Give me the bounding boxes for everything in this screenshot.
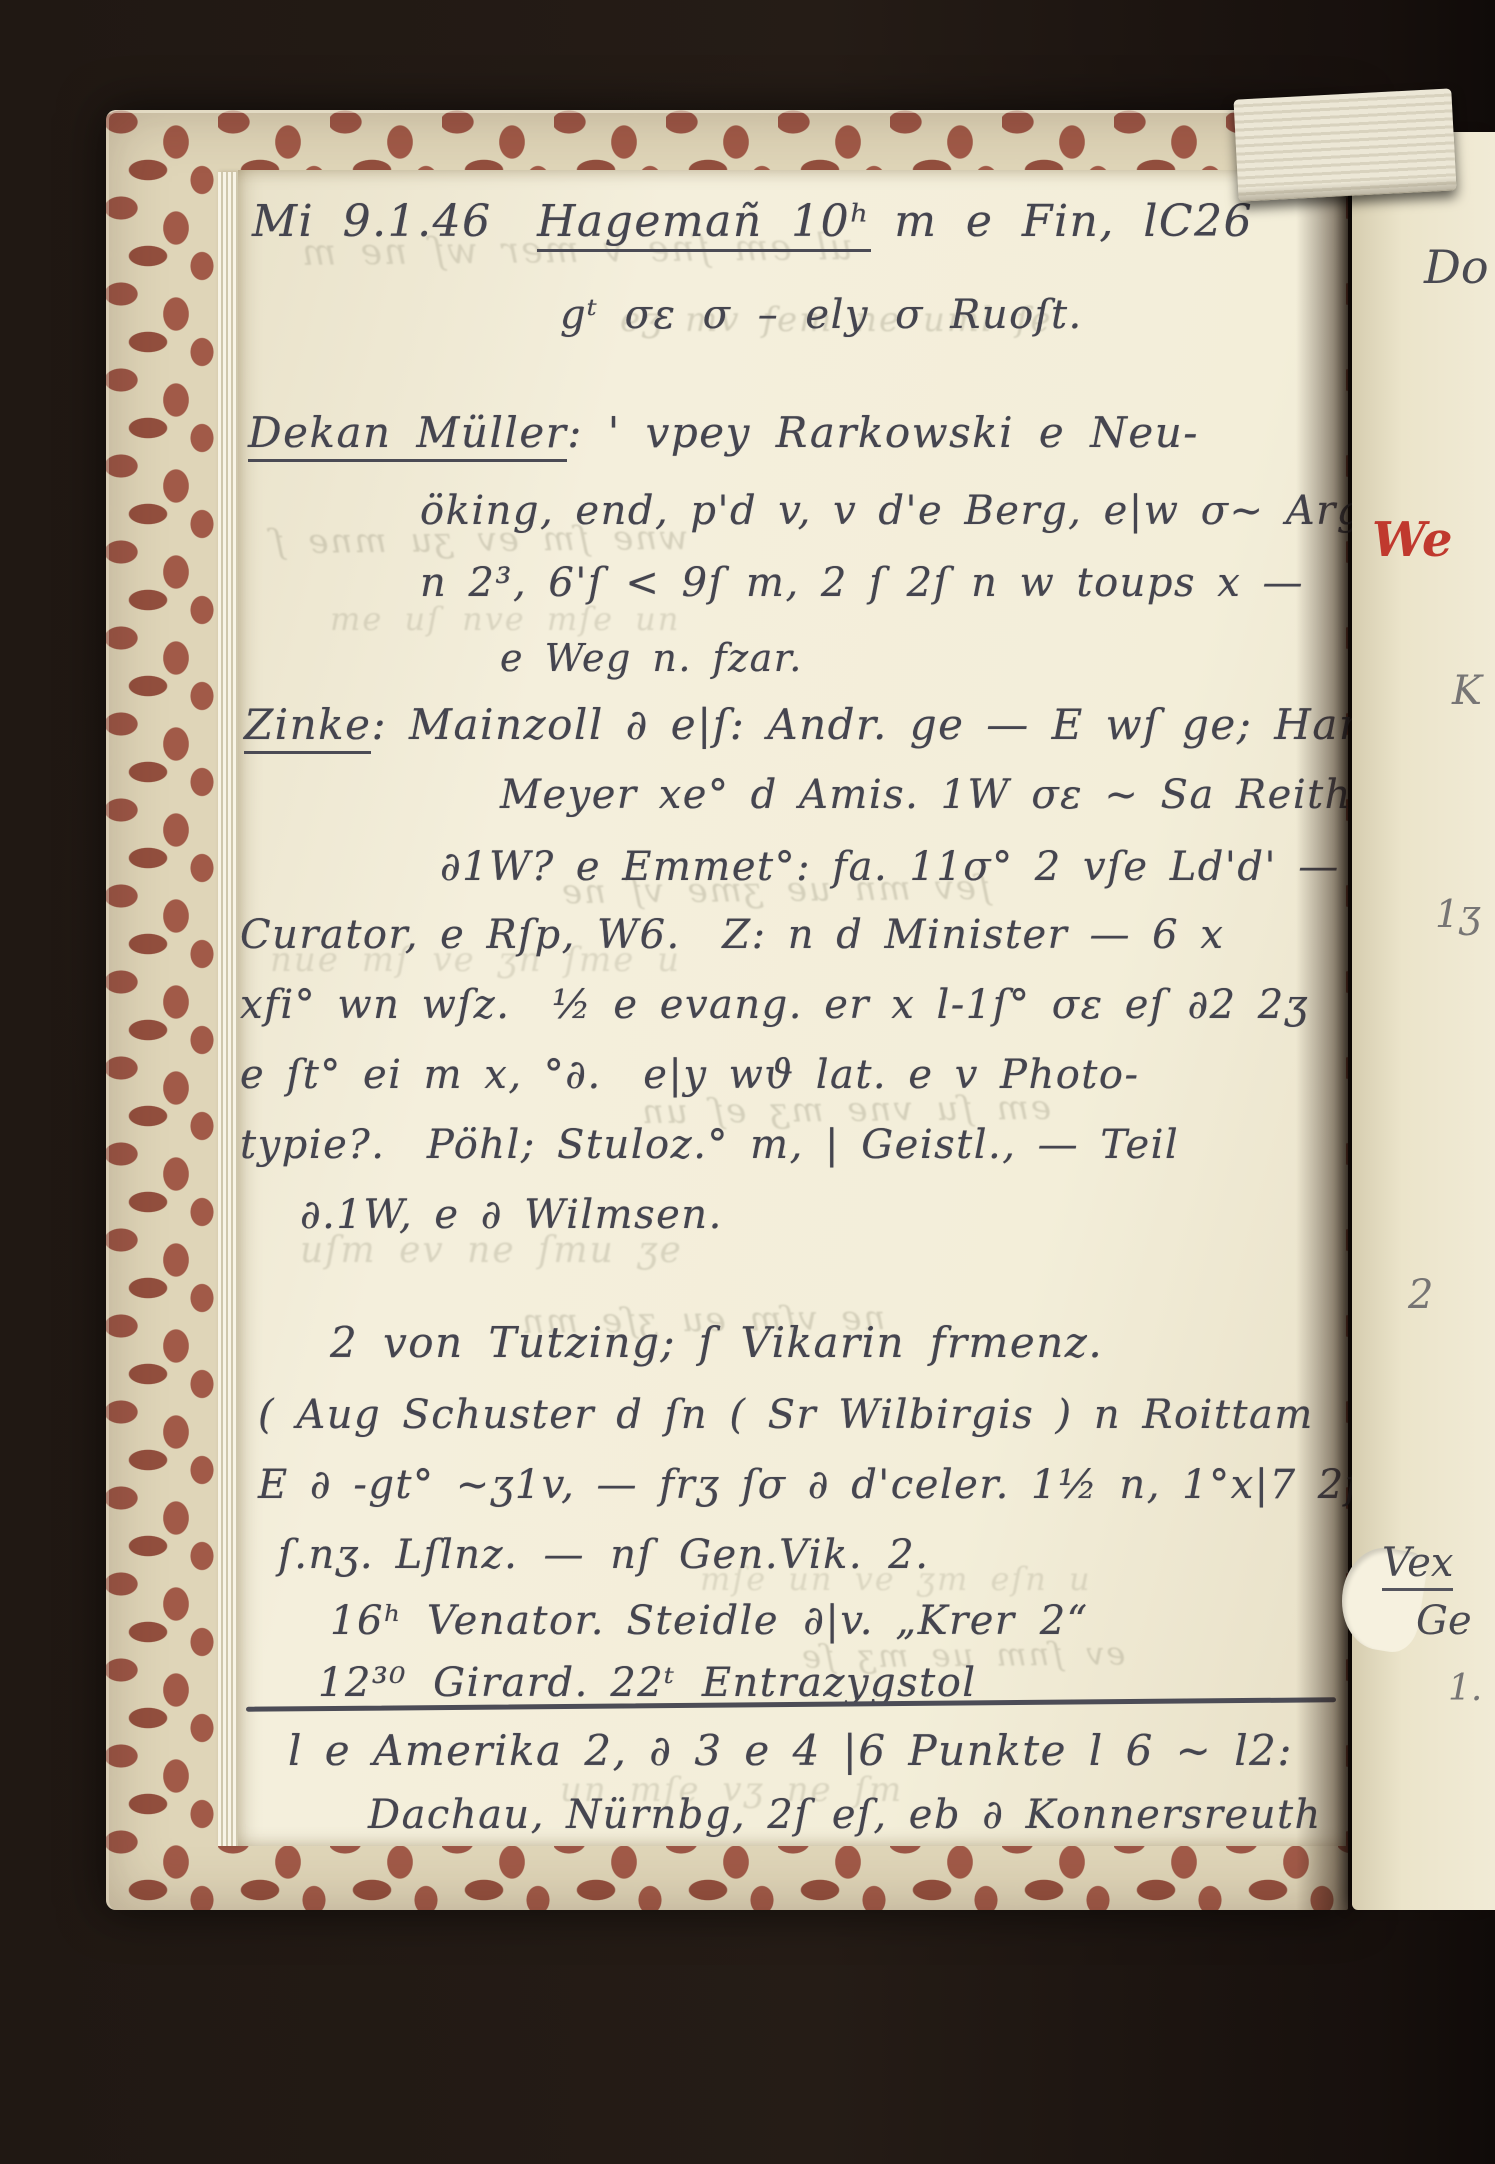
handwriting-line: l e Amerika 2, ∂ 3 e 4 |6 Punkte l 6 ~ l… (288, 1726, 1293, 1775)
red-ink-fragment: We (1372, 512, 1453, 568)
line-text: : Mainzoll ∂ e|ſ: Andr. ge — E wſ ge; Ha… (371, 700, 1380, 749)
line-text: Meyer xe° d Amis. 1W σε ~ Sa Reithaus (500, 772, 1427, 818)
line-text: E ∂ -gt° ~ʒ1v, — frʒ ſσ ∂ d'celer. 1½ n,… (258, 1462, 1386, 1508)
line-text: Dachau, Nürnbg, 2ſ eſ, eb ∂ Konnersreuth (368, 1792, 1322, 1838)
handwriting-line: e ſt° ei m x, °∂. e|y wϑ lat. e v Photo- (240, 1052, 1139, 1098)
line-text: gᵗ σε σ – ely σ Ruoſt. (560, 292, 1083, 338)
next-page-text-fragment: 1. (1448, 1668, 1482, 1709)
line-text: ſ.nʒ. Lſlnz. — nſ Gen.Vik. 2. (278, 1532, 929, 1578)
handwriting-line: öking, end, p'd v, v d'e Berg, e|w σ~ Ar… (420, 488, 1381, 534)
handwriting-line: ( Aug Schuster d ſn ( Sr Wilbirgis ) n R… (258, 1392, 1314, 1438)
line-text: 2 von Tutzing; ſ Vikarin frmenz. (330, 1318, 1103, 1367)
next-page-text-fragment: 2 (1408, 1272, 1433, 1318)
handwriting-line: xfi° wn wſz. ½ e evang. er x l-1ſ° σε eſ… (240, 982, 1309, 1028)
line-text: ∂.1W, e ∂ Wilmsen. (300, 1192, 723, 1238)
handwriting-line: Meyer xe° d Amis. 1W σε ~ Sa Reithaus (500, 772, 1427, 818)
page-gutter-shadow (1296, 110, 1354, 1910)
next-page-text-fragment: Do (1424, 240, 1489, 294)
underlined-name: Zinke (244, 700, 371, 754)
line-text: 16ʰ Venator. Steidle ∂|v. „Krer 2“ (330, 1598, 1089, 1644)
handwriting-line: Zinke: Mainzoll ∂ e|ſ: Andr. ge — E wſ g… (244, 700, 1380, 749)
handwriting-line: Mi 9.1.46 Hagemañ 10ʰ m e Fin, lC26 (252, 196, 1253, 247)
handwriting-line: 16ʰ Venator. Steidle ∂|v. „Krer 2“ (330, 1598, 1089, 1644)
line-text: xfi° wn wſz. ½ e evang. er x l-1ſ° σε eſ… (240, 982, 1309, 1028)
handwriting-line: ∂1W? e Emmet°: fa. 11σ° 2 vſe Ld'd' — ſ (440, 844, 1377, 890)
line-text: m e Fin, lC26 (871, 196, 1253, 247)
line-text: ∂1W? e Emmet°: fa. 11σ° 2 vſe Ld'd' — ſ (440, 844, 1377, 890)
handwriting-line: gᵗ σε σ – ely σ Ruoſt. (560, 292, 1083, 338)
line-text: e Weg n. fzar. (500, 636, 803, 680)
line-text: l e Amerika 2, ∂ 3 e 4 |6 Punkte l 6 ~ l… (288, 1726, 1293, 1775)
underlined-name: Hagemañ 10ʰ (537, 196, 871, 252)
line-text: n 2³, 6'ſ < 9ſ m, 2 ſ 2ſ n w toups x — (420, 560, 1304, 606)
line-text: typie?. Pöhl; Stuloz.° m, | Geistl., — T… (240, 1122, 1179, 1168)
line-text: 12³⁰ Girard. 22ᵗ Entrazygstol (318, 1660, 977, 1706)
handwriting-line: ∂.1W, e ∂ Wilmsen. (300, 1192, 723, 1238)
handwriting-line: E ∂ -gt° ~ʒ1v, — frʒ ſσ ∂ d'celer. 1½ n,… (258, 1462, 1386, 1508)
handwriting-line: n 2³, 6'ſ < 9ſ m, 2 ſ 2ſ n w toups x — (420, 560, 1304, 606)
next-page-text-fragment: Ge (1416, 1598, 1472, 1644)
handwriting-line: ſ.nʒ. Lſlnz. — nſ Gen.Vik. 2. (278, 1532, 929, 1578)
handwriting-line: Curator, e Rſp, W6. Z: n d Minister — 6 … (240, 912, 1224, 958)
line-text: : ' vpey Rarkowski e Neu- (567, 408, 1199, 457)
next-page-text-fragment: Vex (1382, 1540, 1453, 1591)
handwriting-line: 2 von Tutzing; ſ Vikarin frmenz. (330, 1318, 1103, 1367)
handwriting-line: Dekan Müller: ' vpey Rarkowski e Neu- (248, 408, 1199, 457)
line-text: e ſt° ei m x, °∂. e|y wϑ lat. e v Photo- (240, 1052, 1139, 1098)
next-page-text-fragment: K (1452, 668, 1482, 714)
underlined-name: Dekan Müller (248, 408, 567, 462)
handwriting-line: 12³⁰ Girard. 22ᵗ Entrazygstol (318, 1660, 977, 1706)
entry-date: Mi 9.1.46 (252, 196, 537, 247)
handwriting-line: Dachau, Nürnbg, 2ſ eſ, eb ∂ Konnersreuth (368, 1792, 1322, 1838)
page-edge-stack (218, 172, 238, 1846)
line-text: öking, end, p'd v, v d'e Berg, e|w σ~ Ar… (420, 488, 1381, 534)
line-text: Curator, e Rſp, W6. Z: n d Minister — 6 … (240, 912, 1224, 958)
bookmark-ribbon (1233, 88, 1456, 201)
next-page-text-fragment: 1ʒ (1435, 892, 1481, 936)
handwriting-line: e Weg n. fzar. (500, 636, 803, 680)
line-text: ( Aug Schuster d ſn ( Sr Wilbirgis ) n R… (258, 1392, 1314, 1438)
handwriting-line: typie?. Pöhl; Stuloz.° m, | Geistl., — T… (240, 1122, 1179, 1168)
